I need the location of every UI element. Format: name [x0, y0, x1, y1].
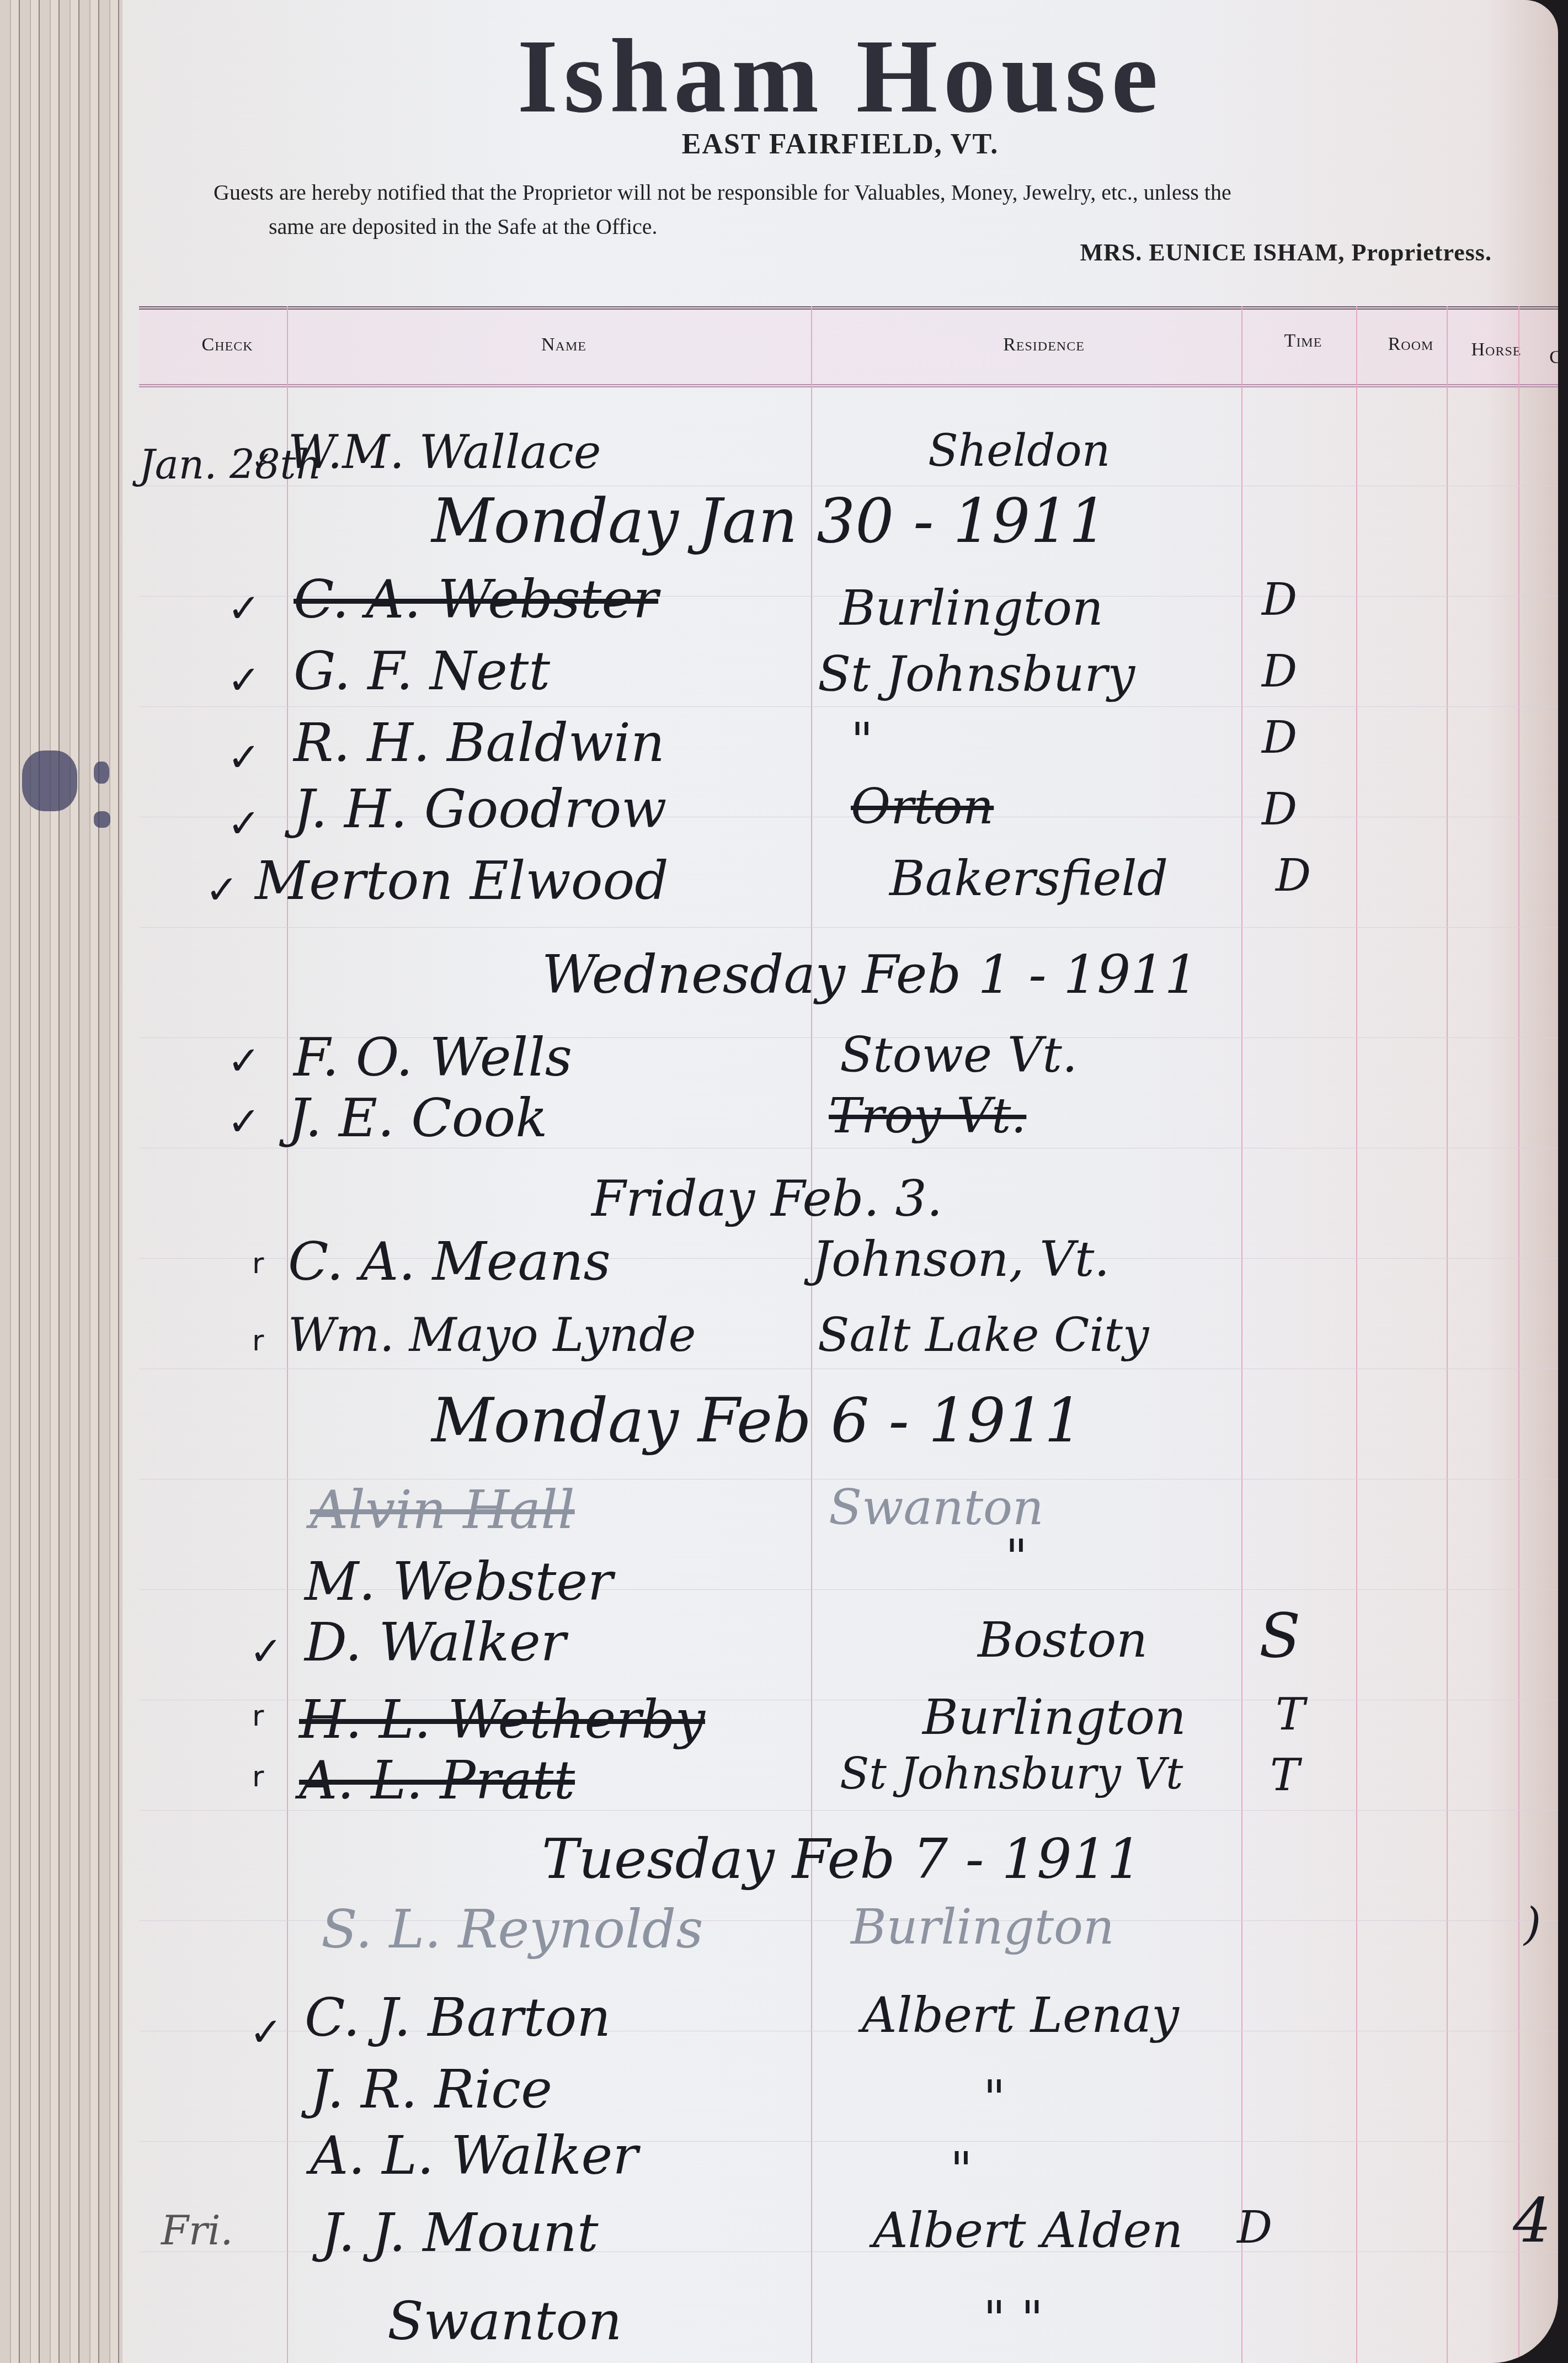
guest-residence: Albert Alden — [873, 2202, 1183, 2259]
register-entries: Jan. 28th ✓ W.M. Wallace Sheldon Monday … — [122, 0, 1558, 2363]
guest-name: F. O. Wells — [294, 1026, 572, 1088]
guest-residence: Johnson, Vt. — [812, 1231, 1110, 1287]
guest-residence: Salt Lake City — [818, 1308, 1149, 1362]
margin-mark: ) — [1524, 1898, 1541, 1950]
check-mark: r — [252, 1760, 264, 1793]
date-heading: Monday Jan 30 - 1911 — [431, 486, 1107, 556]
guest-name: G. F. Nett — [294, 640, 550, 702]
guest-name: R. H. Baldwin — [294, 712, 665, 774]
check-mark: r — [252, 1700, 264, 1733]
time-mark: D — [1262, 712, 1297, 763]
guest-residence: Burlington — [851, 1898, 1114, 1955]
check-mark: ✓ — [227, 1098, 260, 1145]
guest-residence: Orton — [851, 778, 994, 835]
check-mark: r — [252, 1247, 264, 1280]
check-mark: ✓ — [249, 2009, 282, 2055]
guest-name: H. L. Wetherby — [299, 1689, 705, 1750]
check-mark: ✓ — [227, 734, 260, 780]
date-heading: Monday Feb 6 - 1911 — [431, 1385, 1083, 1456]
guest-residence: Bakersfield — [889, 850, 1168, 907]
guest-residence: " — [983, 2069, 1005, 2126]
guest-name: J. E. Cook — [288, 1087, 547, 1149]
guest-residence: Burlington — [922, 1689, 1186, 1745]
check-mark: ✓ — [227, 800, 260, 847]
guest-name: W.M. Wallace — [288, 425, 601, 479]
guest-residence: Sheldon — [928, 425, 1110, 476]
check-mark: ✓ — [249, 1628, 282, 1674]
guest-residence: St Johnsbury — [818, 646, 1135, 702]
guest-name: Wm. Mayo Lynde — [288, 1308, 696, 1362]
guest-residence: " — [950, 2141, 972, 2198]
register-page: Isham House EAST FAIRFIELD, VT. Guests a… — [122, 0, 1558, 2363]
guest-residence: Stowe Vt. — [840, 1026, 1078, 1083]
time-mark: D — [1237, 2202, 1272, 2253]
guest-residence: Albert Lenay — [862, 1987, 1179, 2043]
date-heading: Friday Feb. 3. — [591, 1170, 942, 1228]
guest-name: J. R. Rice — [310, 2058, 552, 2120]
check-mark: ✓ — [227, 585, 260, 631]
check-mark: ✓ — [227, 1037, 260, 1084]
cal-mark: 4 — [1513, 2185, 1551, 2256]
guest-name: J. H. Goodrow — [294, 778, 666, 840]
time-mark: D — [1262, 574, 1297, 625]
margin-day-note: Fri. — [161, 2207, 233, 2254]
check-mark: ✓ — [205, 866, 238, 913]
guest-residence: " — [1005, 1529, 1027, 1585]
guest-name: Alvin Hall — [310, 1479, 575, 1541]
guest-name: J. J. Mount — [321, 2202, 598, 2264]
time-mark: T — [1270, 1749, 1299, 1801]
date-heading: Wednesday Feb 1 - 1911 — [542, 944, 1198, 1005]
check-mark: ✓ — [252, 447, 273, 475]
ink-blot — [94, 811, 110, 828]
guest-name: M. Webster — [305, 1551, 613, 1612]
guest-name: A. L. Walker — [310, 2125, 638, 2186]
time-mark: D — [1262, 784, 1297, 835]
check-mark: r — [252, 1324, 264, 1358]
guest-residence: Troy Vt. — [829, 1087, 1026, 1144]
time-mark: D — [1262, 646, 1297, 697]
guest-name: Merton Elwood — [255, 850, 669, 912]
ink-blot — [22, 751, 77, 811]
page-stack-edge — [0, 0, 127, 2363]
guest-residence: " — [851, 712, 873, 769]
guest-residence: " " — [983, 2290, 1043, 2347]
check-mark: ✓ — [227, 657, 260, 703]
ink-blot — [94, 762, 109, 784]
guest-name: Swanton — [387, 2290, 622, 2352]
guest-name: C. A. Webster — [294, 568, 658, 630]
guest-name: S. L. Reynolds — [321, 1898, 703, 1960]
date-heading: Tuesday Feb 7 - 1911 — [542, 1827, 1142, 1891]
guest-residence: St Johnsbury Vt — [840, 1749, 1183, 1799]
guest-name: C. A. Means — [288, 1231, 611, 1292]
time-mark: T — [1276, 1689, 1305, 1740]
guest-residence: Burlington — [840, 579, 1103, 636]
time-mark: S — [1259, 1600, 1300, 1671]
guest-name: A. L. Pratt — [299, 1749, 575, 1811]
guest-name: C. J. Barton — [305, 1987, 611, 2048]
guest-residence: Boston — [978, 1611, 1148, 1668]
time-mark: D — [1276, 850, 1311, 901]
guest-name: D. Walker — [305, 1611, 566, 1673]
guest-residence: Swanton — [829, 1479, 1044, 1536]
